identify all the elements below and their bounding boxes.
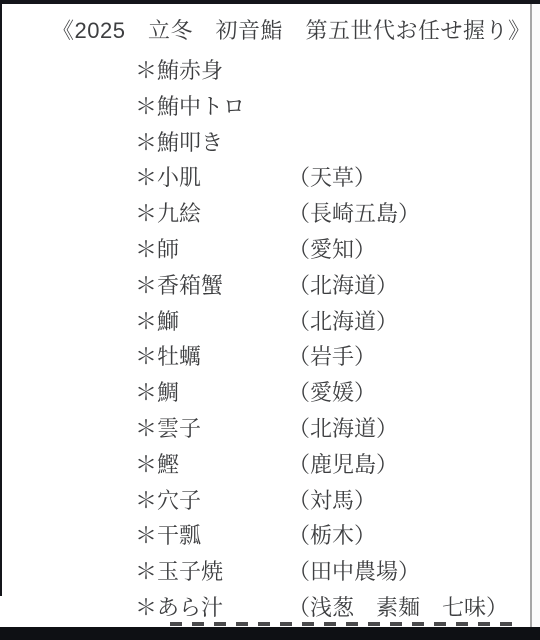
item-origin: （愛知） [288, 235, 376, 265]
item-bullet: ＊ [135, 559, 157, 584]
item-bullet: ＊ [135, 488, 157, 513]
item-origin: （栃木） [288, 521, 376, 551]
item-name: 鮪叩き [157, 130, 223, 155]
item-name: 穴子 [157, 488, 201, 513]
item-name: 鮪中トロ [157, 94, 245, 119]
item-bullet: ＊ [135, 165, 157, 190]
item-bullet: ＊ [135, 309, 157, 334]
menu-item-row: ＊香箱蟹（北海道） [0, 271, 530, 307]
item-name: 牡蠣 [157, 344, 201, 369]
item-name: 鰹 [157, 452, 179, 477]
item-origin: （北海道） [288, 271, 398, 301]
item-name: あら汁 [157, 595, 223, 620]
item-origin: （天草） [288, 163, 376, 193]
menu-page: 《2025 立冬 初音鮨 第五世代お任せ握り》 ＊鮪赤身＊鮪中トロ＊鮪叩き＊小肌… [0, 0, 540, 640]
item-origin: （浅葱 素麺 七味） [288, 593, 508, 623]
clipped-text-line [170, 622, 522, 626]
item-bullet: ＊ [135, 201, 157, 226]
item-name: 干瓢 [157, 523, 201, 548]
menu-item-row: ＊鮪中トロ [0, 92, 530, 128]
item-origin: （愛媛） [288, 378, 376, 408]
item-bullet: ＊ [135, 452, 157, 477]
item-name: 雲子 [157, 416, 201, 441]
item-origin: （北海道） [288, 414, 398, 444]
menu-item-row: ＊師（愛知） [0, 235, 530, 271]
item-bullet: ＊ [135, 237, 157, 262]
menu-item-row: ＊鯛（愛媛） [0, 378, 530, 414]
menu-item-row: ＊牡蠣（岩手） [0, 342, 530, 378]
menu-title: 《2025 立冬 初音鮨 第五世代お任せ握り》 [52, 18, 530, 44]
item-bullet: ＊ [135, 380, 157, 405]
item-origin: （鹿児島） [288, 450, 398, 480]
menu-item-row: ＊鮪赤身 [0, 56, 530, 92]
menu-item-row: ＊雲子（北海道） [0, 414, 530, 450]
item-name: 鮪赤身 [157, 58, 223, 83]
item-bullet: ＊ [135, 130, 157, 155]
item-origin: （田中農場） [288, 557, 420, 587]
menu-item-row: ＊鮪叩き [0, 128, 530, 164]
menu-item-row: ＊穴子（対馬） [0, 486, 530, 522]
item-origin: （北海道） [288, 307, 398, 337]
item-bullet: ＊ [135, 595, 157, 620]
top-frame-bar [0, 0, 540, 4]
menu-item-row: ＊干瓢（栃木） [0, 521, 530, 557]
menu-item-row: ＊九絵（長崎五島） [0, 199, 530, 235]
item-name: 鯛 [157, 380, 179, 405]
item-bullet: ＊ [135, 94, 157, 119]
item-bullet: ＊ [135, 58, 157, 83]
bottom-frame-bar [0, 627, 540, 640]
item-name: 師 [157, 237, 179, 262]
menu-item-row: ＊鰹（鹿児島） [0, 450, 530, 486]
menu-item-row: ＊小肌（天草） [0, 163, 530, 199]
menu-item-row: ＊鰤（北海道） [0, 307, 530, 343]
item-name: 小肌 [157, 165, 201, 190]
right-edge-divider [530, 4, 540, 627]
item-name: 九絵 [157, 201, 201, 226]
menu-rows: ＊鮪赤身＊鮪中トロ＊鮪叩き＊小肌（天草）＊九絵（長崎五島）＊師（愛知）＊香箱蟹（… [0, 56, 530, 629]
item-origin: （対馬） [288, 486, 376, 516]
item-bullet: ＊ [135, 416, 157, 441]
item-origin: （岩手） [288, 342, 376, 372]
item-origin: （長崎五島） [288, 199, 420, 229]
item-name: 香箱蟹 [157, 273, 223, 298]
menu-item-row: ＊玉子焼（田中農場） [0, 557, 530, 593]
item-bullet: ＊ [135, 344, 157, 369]
item-bullet: ＊ [135, 273, 157, 298]
item-bullet: ＊ [135, 523, 157, 548]
item-name: 玉子焼 [157, 559, 223, 584]
item-name: 鰤 [157, 309, 179, 334]
